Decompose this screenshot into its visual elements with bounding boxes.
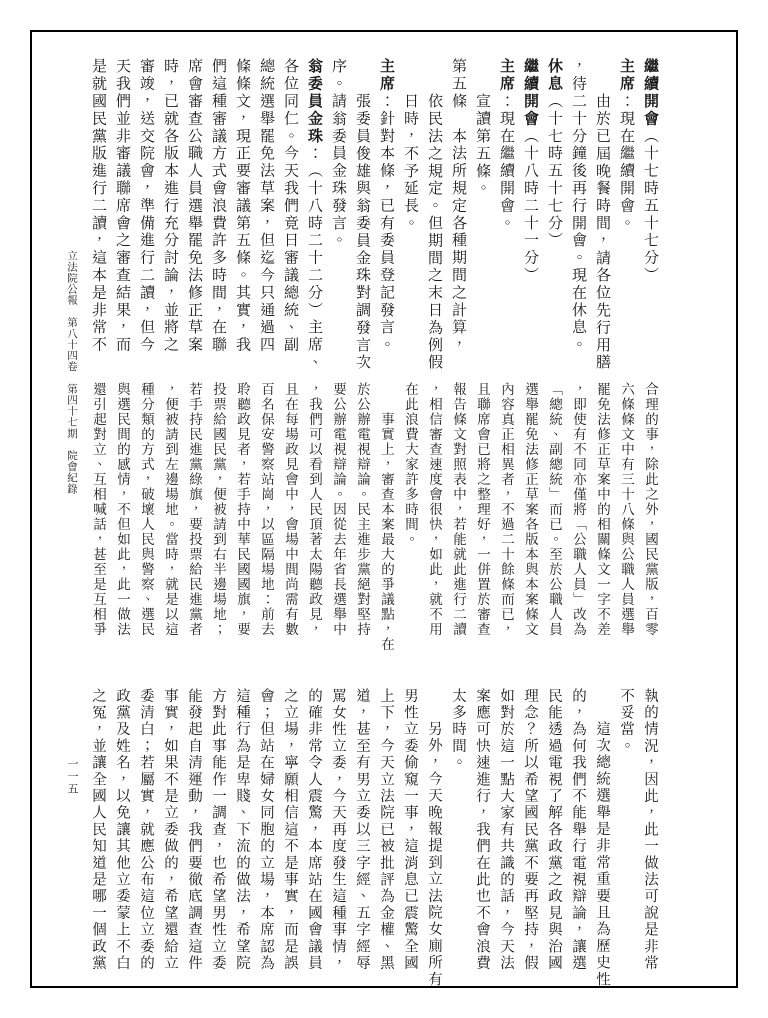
text-column: 張委員俊雄與翁委員金珠對調發言次 xyxy=(354,58,370,358)
gazette-page: 立法院公報 第八十四卷 第四十七期 院會紀錄 一一五 繼續開會（十七時五十七分）… xyxy=(0,0,768,1018)
text-column: 是就國民黨版進行二讀，這本是非常不 xyxy=(90,58,106,358)
text-column: 報告條文對照表中，若能就此進行二讀 xyxy=(450,382,466,640)
text-column: ，待二十分鐘後再行開會。現在休息。 xyxy=(570,58,586,358)
text-column: 這次總統選舉是非常重要且為歷史性 xyxy=(594,688,610,976)
text-column: 若手持民進黨綠旗，要投票給民進黨者 xyxy=(186,382,202,640)
text-column: 條條文，現正要審議第五條。其實，我 xyxy=(234,58,250,358)
text-column: ，相信審查速度會很快，如此，就不用 xyxy=(426,382,442,640)
text-column: 在此浪費大家許多時間。 xyxy=(402,382,418,640)
text-column: 主席：針對本條，已有委員登記發言。 xyxy=(378,58,394,358)
text-column: 依民法之規定。但期間之末日為例假 xyxy=(426,58,442,358)
text-column: 還引起對立、互相喊話，甚至是互相爭 xyxy=(90,382,106,640)
text-column: 總統選舉罷免法草案，但迄今只通過四 xyxy=(258,58,274,358)
text-column: 審竣，送交院會，準備進行二讀，但今 xyxy=(138,58,154,358)
page-border-frame: 立法院公報 第八十四卷 第四十七期 院會紀錄 一一五 繼續開會（十七時五十七分）… xyxy=(30,30,738,988)
text-column: 翁委員金珠：（十八時二十二分）主席、 xyxy=(306,58,322,358)
text-column: 選舉罷免法修正草案各版本與本案條文 xyxy=(522,382,538,640)
text-band-middle: 合理的事，除此之外，國民黨版，百零六條條文中有三十八條與公職人員選舉罷免法修正草… xyxy=(90,382,658,640)
text-column: 的，為何我們不能舉行電視辯論，讓選 xyxy=(570,688,586,976)
text-column: 日時，不予延長。 xyxy=(402,58,418,358)
text-column: 繼續開會（十七時五十七分） xyxy=(642,58,658,358)
text-column: 罵女性立委，今天再度發生這種事情， xyxy=(330,688,346,976)
text-column: 主席：現在繼續開會。 xyxy=(618,58,634,358)
text-column: 上下，今天立法院已被批評為金權、黑 xyxy=(378,688,394,976)
text-column: 之冤，並讓全國人民知道是哪一個政黨 xyxy=(90,688,106,976)
text-column: 宣讀第五條。 xyxy=(474,58,490,358)
text-column: 執的情況，因此，此一做法可說是非常 xyxy=(642,688,658,976)
text-column: 休息（十七時五十七分） xyxy=(546,58,562,358)
text-column: 如對於這一點大家有共識的話，今天法 xyxy=(498,688,514,976)
text-column: ，我們可以看到人民頂著太陽聽政見， xyxy=(306,382,322,640)
text-column: 事實上，審查本案最大的爭議點，在 xyxy=(378,382,394,640)
text-column: 時，已就各版本進行充分討論，並將之 xyxy=(162,58,178,358)
text-column: 要公辦電視辯論。因從去年省長選舉中 xyxy=(330,382,346,640)
page-number: 一一五 xyxy=(63,758,80,796)
text-column: 這種行為是卑賤、下流的做法，希望院 xyxy=(234,688,250,976)
text-column: 之立場，寧願相信這不是事實，而是誤 xyxy=(282,688,298,976)
text-column: 內容真正相異者，不過二十餘條而已， xyxy=(498,382,514,640)
text-column: 政黨及姓名，以免讓其他立委蒙上不白 xyxy=(114,688,130,976)
text-column: 民能透過電視了解各政黨之政見與治國 xyxy=(546,688,562,976)
text-column: 天我們並非審議聯席會之審查結果，而 xyxy=(114,58,130,358)
text-column: 聆聽政見者，若手持中華民國國旗，要 xyxy=(234,382,250,640)
text-column: 事實，如果不是立委做的，希望還給立 xyxy=(162,688,178,976)
text-column: 「總統、副總統」而已。至於公職人員 xyxy=(546,382,562,640)
text-column: ，即使有不同亦僅將「公職人員」改為 xyxy=(570,382,586,640)
text-column: 太多時間。 xyxy=(450,688,466,976)
text-column: 各位同仁。今天我們竟日審議總統、副 xyxy=(282,58,298,358)
text-column: 種分類的方式，破壞人民與警察、選民 xyxy=(138,382,154,640)
text-column: 且聯席會已將之整理好，一併置於審查 xyxy=(474,382,490,640)
text-column: 且在每場政見會中，會場中間尚需有數 xyxy=(282,382,298,640)
text-column: 理念？所以希望國民黨不要再堅持，假 xyxy=(522,688,538,976)
text-column: 道，甚至有男立委以三字經、五字經辱 xyxy=(354,688,370,976)
text-column: 們這種審議方式會浪費許多時間，在聯 xyxy=(210,58,226,358)
text-column: ，便被請到左邊場地。當時，就是以這 xyxy=(162,382,178,640)
text-column: 合理的事，除此之外，國民黨版，百零 xyxy=(642,382,658,640)
text-column: 罷免法修正草案中的相關條文一字不差 xyxy=(594,382,610,640)
text-column: 繼續開會（十八時二十一分） xyxy=(522,58,538,358)
text-column: 案應可快速進行，我們在此也不會浪費 xyxy=(474,688,490,976)
text-column: 由於已屆晚餐時間，請各位先行用膳 xyxy=(594,58,610,358)
text-column: 另外，今天晚報提到立法院女廁所有 xyxy=(426,688,442,976)
text-column: 投票給國民黨，便被請到右半邊場地； xyxy=(210,382,226,640)
text-column: 主席：現在繼續開會。 xyxy=(498,58,514,358)
text-column: 委清白；若屬實，就應公布這位立委的 xyxy=(138,688,154,976)
text-column: 方對此事能作一調查，也希望男性立委 xyxy=(210,688,226,976)
text-column: 會；但站在婦女同胞的立場，本席認為 xyxy=(258,688,274,976)
text-column: 六條條文中有三十八條與公職人員選舉 xyxy=(618,382,634,640)
text-column: 第五條 本法所規定各種期間之計算， xyxy=(450,58,466,358)
text-column: 席會審查公職人員選舉罷免法修正草案 xyxy=(186,58,202,358)
text-column: 序。請翁委員金珠發言。 xyxy=(330,58,346,358)
gazette-margin-title: 立法院公報 第八十四卷 第四十七期 院會紀錄 xyxy=(63,250,80,494)
text-column: 百名保安警察站崗，以區隔場地：前去 xyxy=(258,382,274,640)
text-column: 不妥當。 xyxy=(618,688,634,976)
text-column: 男性立委偷窺一事，這消息已震驚全國 xyxy=(402,688,418,976)
text-column: 能發起自清運動，我們要徹底調查這件 xyxy=(186,688,202,976)
text-band-bottom: 執的情況，因此，此一做法可說是非常不妥當。這次總統選舉是非常重要且為歷史性的，為… xyxy=(90,688,658,976)
text-column: 於公辦電視辯論。民主進步黨絕對堅持 xyxy=(354,382,370,640)
text-column: 與選民間的感情，不但如此，此一做法 xyxy=(114,382,130,640)
text-band-top: 繼續開會（十七時五十七分）主席：現在繼續開會。由於已屆晚餐時間，請各位先行用膳，… xyxy=(90,58,658,358)
text-column: 的確非常令人震驚，本席站在國會議員 xyxy=(306,688,322,976)
